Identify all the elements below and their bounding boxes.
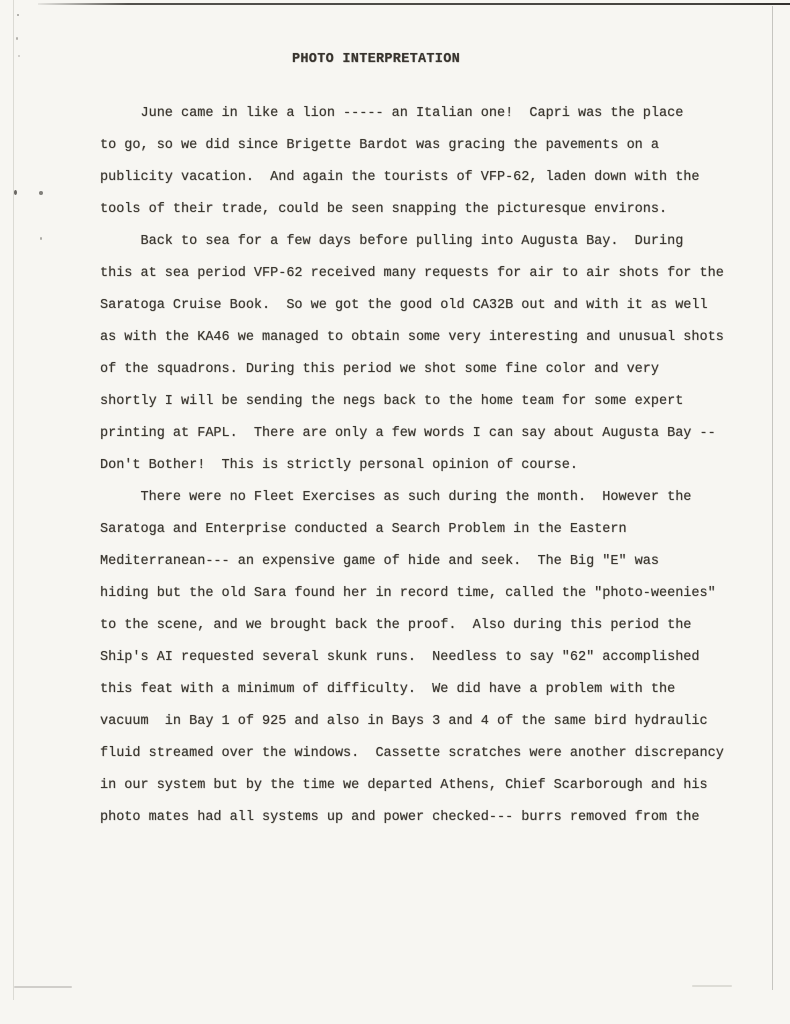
text-line: in our system but by the time we departe… xyxy=(100,770,750,802)
text-line: Saratoga Cruise Book. So we got the good… xyxy=(100,290,750,322)
text-line: this feat with a minimum of difficulty. … xyxy=(100,674,750,706)
scan-speck xyxy=(40,237,42,240)
scan-smudge-bottom-left xyxy=(14,986,72,988)
text-line: Don't Bother! This is strictly personal … xyxy=(100,450,750,482)
text-line: to the scene, and we brought back the pr… xyxy=(100,610,750,642)
scan-speck xyxy=(17,14,19,16)
scan-speck xyxy=(14,190,17,195)
scanned-document-page: PHOTO INTERPRETATION June came in like a… xyxy=(0,0,790,1024)
text-line: vacuum in Bay 1 of 925 and also in Bays … xyxy=(100,706,750,738)
page-title: PHOTO INTERPRETATION xyxy=(0,52,752,67)
text-line: June came in like a lion ----- an Italia… xyxy=(100,98,750,130)
text-line: shortly I will be sending the negs back … xyxy=(100,386,750,418)
text-line: of the squadrons. During this period we … xyxy=(100,354,750,386)
document-body: June came in like a lion ----- an Italia… xyxy=(100,98,750,834)
text-line: publicity vacation. And again the touris… xyxy=(100,162,750,194)
text-line: Mediterranean--- an expensive game of hi… xyxy=(100,546,750,578)
text-line: Ship's AI requested several skunk runs. … xyxy=(100,642,750,674)
scan-speck xyxy=(16,37,18,40)
text-line: fluid streamed over the windows. Cassett… xyxy=(100,738,750,770)
text-line: There were no Fleet Exercises as such du… xyxy=(100,482,750,514)
text-line: this at sea period VFP-62 received many … xyxy=(100,258,750,290)
text-line: hiding but the old Sara found her in rec… xyxy=(100,578,750,610)
text-line: Back to sea for a few days before pullin… xyxy=(100,226,750,258)
text-line: as with the KA46 we managed to obtain so… xyxy=(100,322,750,354)
scan-speck xyxy=(39,191,43,195)
text-line: printing at FAPL. There are only a few w… xyxy=(100,418,750,450)
scan-edge-right xyxy=(772,6,773,990)
text-line: Saratoga and Enterprise conducted a Sear… xyxy=(100,514,750,546)
scan-smudge-bottom-right xyxy=(692,985,732,987)
scan-edge-top xyxy=(38,3,790,5)
scan-edge-left xyxy=(13,0,14,1000)
text-line: photo mates had all systems up and power… xyxy=(100,802,750,834)
text-line: tools of their trade, could be seen snap… xyxy=(100,194,750,226)
text-line: to go, so we did since Brigette Bardot w… xyxy=(100,130,750,162)
